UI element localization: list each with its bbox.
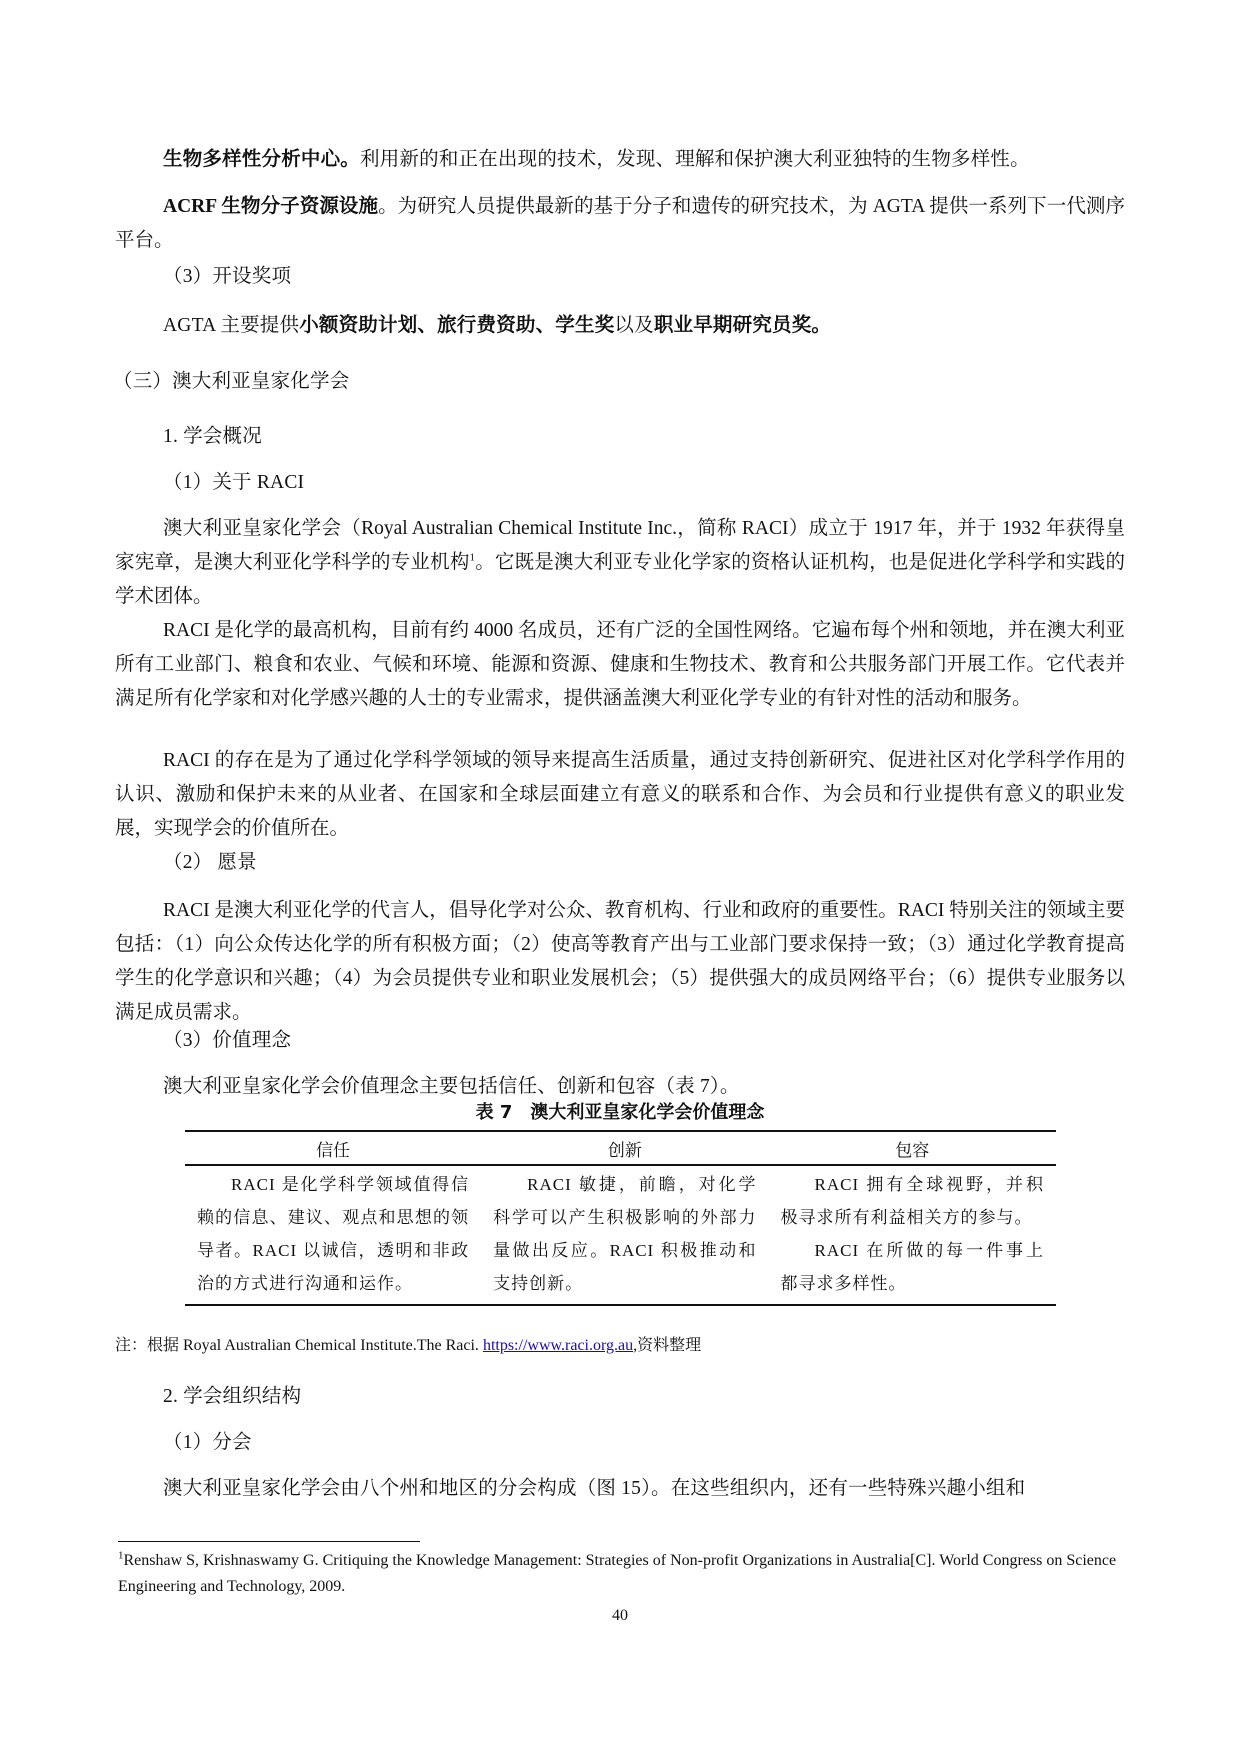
about-heading: （1）关于 RACI bbox=[163, 466, 1173, 500]
footnote-divider bbox=[118, 1541, 420, 1542]
about-paragraph-3: RACI 的存在是为了通过化学科学领域的领导来提高生活质量，通过支持创新研究、促… bbox=[115, 744, 1125, 846]
awards-item2: 职业早期研究员奖。 bbox=[654, 313, 831, 336]
about-paragraph-2: RACI 是化学的最高机构，目前有约 4000 名成员，还有广泛的全国性网络。它… bbox=[115, 614, 1125, 716]
cell-innovation: RACI 敏捷，前瞻，对化学科学可以产生积极影响的外部力量做出反应。RACI 积… bbox=[481, 1165, 768, 1305]
cell-inclusion-text-2: RACI 在所做的每一件事上都寻求多样性。 bbox=[781, 1234, 1044, 1300]
about-paragraph-1: 澳大利亚皇家化学会（Royal Australian Chemical Inst… bbox=[115, 512, 1125, 614]
col-header-inclusion: 包容 bbox=[769, 1131, 1056, 1165]
awards-item1: 小额资助计划、旅行费资助、学生奖 bbox=[299, 313, 614, 336]
cell-trust-text: RACI 是化学科学领域值得信赖的信息、建议、观点和思想的领导者。RACI 以诚… bbox=[197, 1168, 469, 1300]
note-prefix: 注：根据 Royal Australian Chemical Institute… bbox=[115, 1337, 483, 1354]
cell-inclusion-text-1: RACI 拥有全球视野，并积极寻求所有利益相关方的参与。 bbox=[781, 1168, 1044, 1234]
awards-heading: （3）开设奖项 bbox=[163, 260, 1173, 294]
vision-heading: （2） 愿景 bbox=[163, 846, 1173, 880]
branches-heading: （1）分会 bbox=[163, 1426, 1173, 1460]
col-header-trust: 信任 bbox=[185, 1131, 481, 1165]
table-row: RACI 是化学科学领域值得信赖的信息、建议、观点和思想的领导者。RACI 以诚… bbox=[185, 1165, 1056, 1305]
biodiversity-title: 生物多样性分析中心。 bbox=[163, 147, 360, 170]
table-title: 表 7 澳大利亚皇家化学会价值理念 bbox=[0, 1098, 1240, 1128]
biodiversity-text: 利用新的和正在出现的技术，发现、理解和保护澳大利亚独特的生物多样性。 bbox=[360, 149, 1030, 170]
values-heading: （3）价值理念 bbox=[163, 1024, 1173, 1058]
raci-link[interactable]: https://www.raci.org.au bbox=[483, 1337, 633, 1354]
awards-prefix: AGTA 主要提供 bbox=[163, 315, 299, 336]
table-note: 注：根据 Royal Australian Chemical Institute… bbox=[115, 1334, 701, 1358]
footnote-text: Renshaw S, Krishnaswamy G. Critiquing th… bbox=[118, 1552, 1116, 1595]
table-header-row: 信任 创新 包容 bbox=[185, 1131, 1056, 1165]
cell-innovation-text: RACI 敏捷，前瞻，对化学科学可以产生积极影响的外部力量做出反应。RACI 积… bbox=[493, 1168, 756, 1300]
branches-paragraph: 澳大利亚皇家化学会由八个州和地区的分会构成（图 15）。在这些组织内，还有一些特… bbox=[163, 1472, 1173, 1506]
page-number: 40 bbox=[0, 1607, 1240, 1625]
biodiversity-paragraph: 生物多样性分析中心。利用新的和正在出现的技术，发现、理解和保护澳大利亚独特的生物… bbox=[163, 142, 1173, 177]
awards-mid: 以及 bbox=[614, 315, 653, 336]
section-title: （三）澳大利亚皇家化学会 bbox=[113, 364, 1123, 398]
awards-paragraph: AGTA 主要提供小额资助计划、旅行费资助、学生奖以及职业早期研究员奖。 bbox=[163, 308, 1173, 343]
subsection-overview: 1. 学会概况 bbox=[163, 420, 1173, 454]
document-page: 生物多样性分析中心。利用新的和正在出现的技术，发现、理解和保护澳大利亚独特的生物… bbox=[0, 0, 1240, 1753]
cell-inclusion: RACI 拥有全球视野，并积极寻求所有利益相关方的参与。 RACI 在所做的每一… bbox=[769, 1165, 1056, 1305]
acrf-title: ACRF 生物分子资源设施 bbox=[163, 196, 378, 217]
subsection-structure: 2. 学会组织结构 bbox=[163, 1380, 1173, 1414]
cell-trust: RACI 是化学科学领域值得信赖的信息、建议、观点和思想的领导者。RACI 以诚… bbox=[185, 1165, 481, 1305]
vision-paragraph: RACI 是澳大利亚化学的代言人，倡导化学对公众、教育机构、行业和政府的重要性。… bbox=[115, 894, 1125, 1030]
acrf-paragraph: ACRF 生物分子资源设施。为研究人员提供最新的基于分子和遗传的研究技术，为 A… bbox=[115, 190, 1125, 258]
note-suffix: ,资料整理 bbox=[633, 1337, 701, 1354]
footnote: 1Renshaw S, Krishnaswamy G. Critiquing t… bbox=[118, 1548, 1118, 1600]
col-header-innovation: 创新 bbox=[481, 1131, 768, 1165]
values-table: 信任 创新 包容 RACI 是化学科学领域值得信赖的信息、建议、观点和思想的领导… bbox=[185, 1130, 1056, 1306]
